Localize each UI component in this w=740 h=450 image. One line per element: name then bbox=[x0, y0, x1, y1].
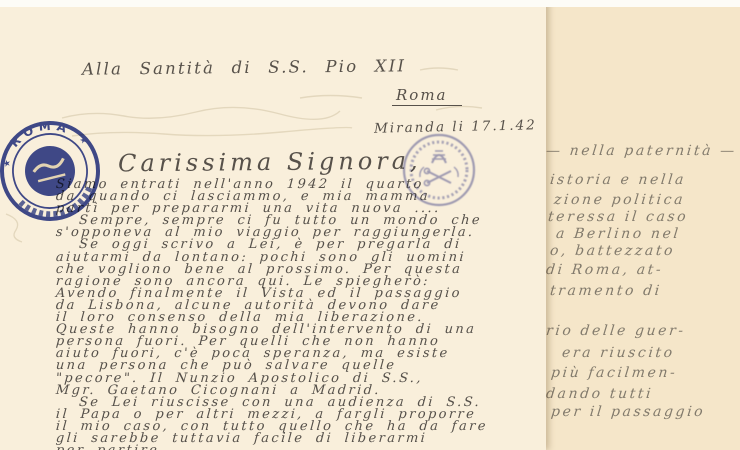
svg-text:ROMA: ROMA bbox=[4, 112, 76, 152]
letter-line: gli sarebbe tuttavia facile di liberarmi bbox=[56, 431, 543, 443]
back-page-line: — nella paternità — bbox=[546, 143, 738, 159]
back-page-line: istoria e nella bbox=[549, 172, 687, 188]
letter-line: Mgr. Gaetano Cicognani a Madrid. bbox=[56, 383, 543, 395]
svg-text:★: ★ bbox=[2, 158, 12, 170]
scanned-letter: — nella paternità —istoria e nellazione … bbox=[0, 0, 740, 450]
letter-line: ragione sono ancora qui. Le spiegherò: bbox=[56, 274, 543, 286]
letter-line: Queste hanno bisogno dell'intervento di … bbox=[56, 322, 543, 334]
letter-line: Se oggi scrivo a Lei, è per pregarla di bbox=[56, 237, 543, 249]
back-page-line: per il passaggio bbox=[550, 404, 706, 420]
scan-edge-strip bbox=[0, 0, 740, 7]
back-page-line: teressa il caso bbox=[547, 209, 689, 225]
letter-line: una persona che può salvare quelle bbox=[56, 358, 543, 370]
back-page-line: era riuscito bbox=[561, 345, 675, 361]
letter-line: aiuto fuori, c'è poca speranza, ma esist… bbox=[56, 346, 543, 358]
letter-page: Alla Santità di S.S. Pio XII Roma Mirand… bbox=[0, 0, 546, 450]
back-page-line: dando tutti bbox=[546, 386, 654, 402]
dedication-line: Alla Santità di S.S. Pio XII bbox=[82, 56, 406, 78]
back-page-line: a Berlino nel bbox=[555, 226, 681, 242]
letter-line: persona fuori. Per quelli che non hanno bbox=[56, 334, 543, 346]
letter-line: "pecore". Il Nunzio Apostolico di S.S., bbox=[56, 371, 543, 383]
back-page: — nella paternità —istoria e nellazione … bbox=[546, 0, 740, 450]
letter-line: Avendo finalmente il Vista ed il passagg… bbox=[56, 286, 543, 298]
back-page-line: tramento di bbox=[549, 283, 662, 299]
letter-line: da Lisbona, alcune autorità devono dare bbox=[56, 298, 543, 310]
back-page-line: più facilmen- bbox=[550, 365, 678, 381]
svg-text:★: ★ bbox=[79, 135, 89, 147]
letter-line: il Papa o per altri mezzi, a fargli prop… bbox=[56, 407, 543, 419]
letter-line: Se Lei riuscisse con una audienza di S.S… bbox=[56, 395, 543, 407]
vatican-seal-icon bbox=[391, 129, 487, 215]
letter-line: che vogliono bene al prossimo. Per quest… bbox=[56, 262, 543, 274]
back-page-line: o, battezzato bbox=[549, 243, 676, 259]
place-name: Roma bbox=[392, 86, 462, 106]
back-page-line: zione politica bbox=[553, 192, 686, 208]
letter-line: il loro consenso della mia liberazione. bbox=[56, 310, 543, 322]
roma-ink-stamp-icon: ROMA ★ ★ bbox=[0, 104, 172, 238]
back-page-line: di Roma, at- bbox=[546, 262, 664, 278]
back-page-line: rio delle guer- bbox=[546, 323, 687, 339]
letter-line: aiutarmi da lontano: pochi sono gli uomi… bbox=[56, 250, 543, 262]
letter-line: il mio caso, con tutto quello che ha da … bbox=[56, 419, 543, 431]
letter-line: per partire. bbox=[56, 443, 543, 450]
